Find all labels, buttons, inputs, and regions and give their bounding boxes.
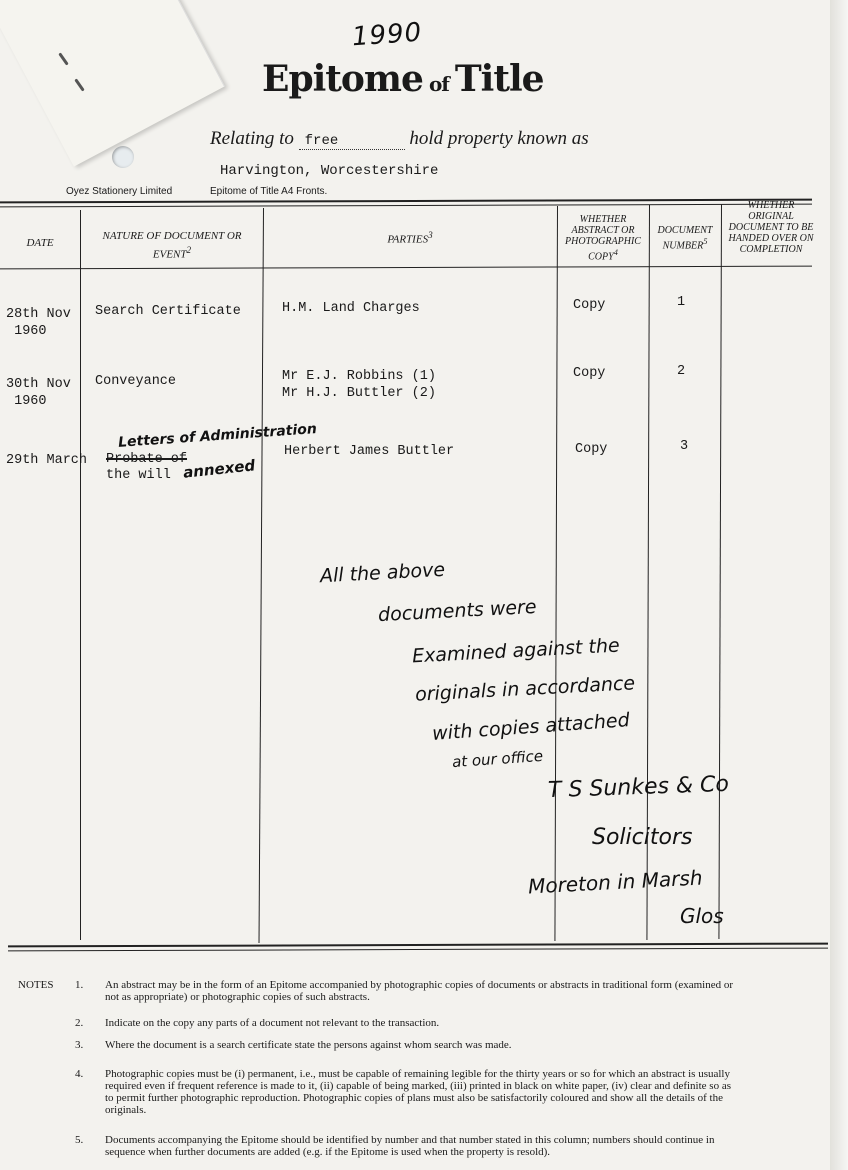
row-3-docnum: 3 <box>680 438 688 455</box>
notes-label: NOTES <box>18 979 53 991</box>
title-word: Title <box>455 58 544 100</box>
note-text: Documents accompanying the Epitome shoul… <box>105 1134 735 1158</box>
handwritten-signature-role: Solicitors <box>592 825 692 850</box>
row-3-date: 29th March <box>6 452 87 469</box>
row-1-abstract: Copy <box>573 297 605 314</box>
row-3-abstract: Copy <box>575 441 607 458</box>
footnote-ref: 4 <box>614 248 618 257</box>
note-number: 1. <box>75 979 83 991</box>
row-2-docnum: 2 <box>677 363 685 380</box>
form-reference: Epitome of Title A4 Fronts. <box>210 186 327 197</box>
notes-section: NOTES 1. An abstract may be in the form … <box>0 970 848 1170</box>
header-abstract: WHETHER ABSTRACT OR PHOTOGRAPHIC COPY4 <box>562 214 644 262</box>
note-number: 3. <box>75 1039 83 1051</box>
title-word: Epitome <box>262 58 423 100</box>
header-docnum: DOCUMENT NUMBER5 <box>652 225 718 251</box>
footnote-ref: 3 <box>428 230 433 240</box>
row-2-parties: Mr E.J. Robbins (1) Mr H.J. Buttler (2) <box>282 368 436 402</box>
note-text: Photographic copies must be (i) permanen… <box>105 1068 735 1116</box>
header-date: DATE <box>10 236 70 250</box>
note-number: 2. <box>75 1017 83 1029</box>
row-1-docnum: 1 <box>677 294 685 311</box>
handwritten-year: 1990 <box>351 18 423 53</box>
title-of: of <box>429 72 449 96</box>
relating-prefix: Relating to <box>210 128 294 149</box>
handwritten-signature-extra: Glos <box>680 904 724 928</box>
row-1-parties: H.M. Land Charges <box>282 300 420 317</box>
tenure-field: free <box>299 133 405 150</box>
footnote-ref: 2 <box>187 245 192 255</box>
header-text: NATURE OF DOCUMENT OR EVENT <box>102 230 241 261</box>
note-text: An abstract may be in the form of an Epi… <box>105 979 735 1003</box>
row-2-abstract: Copy <box>573 365 605 382</box>
footnote-ref: 5 <box>703 237 707 246</box>
row-3-nature-struck: Probate of <box>106 451 187 468</box>
note-number: 4. <box>75 1068 83 1080</box>
printer-name: Oyez Stationery Limited <box>66 186 172 197</box>
row-2-date: 30th Nov 1960 <box>6 376 71 410</box>
note-text: Where the document is a search certifica… <box>105 1039 735 1051</box>
header-text: WHETHER ABSTRACT OR PHOTOGRAPHIC COPY <box>565 214 641 262</box>
note-text: Indicate on the copy any parts of a docu… <box>105 1017 735 1029</box>
punch-hole <box>112 146 134 168</box>
row-3-nature-line2: the will <box>106 467 171 484</box>
relating-suffix: hold property known as <box>409 128 588 149</box>
header-original: WHETHER ORIGINAL DOCUMENT TO BE HANDED O… <box>728 200 814 255</box>
relating-line: Relating to free hold property known as <box>210 128 589 150</box>
header-nature: NATURE OF DOCUMENT OR EVENT2 <box>92 229 252 262</box>
form-title: EpitomeofTitle <box>262 58 544 100</box>
property-name: Harvington, Worcestershire <box>220 163 438 179</box>
row-1-date: 28th Nov 1960 <box>6 306 71 340</box>
header-text: PARTIES <box>387 234 428 246</box>
row-3-parties: Herbert James Buttler <box>284 443 454 460</box>
note-number: 5. <box>75 1134 83 1146</box>
column-divider <box>80 210 81 940</box>
row-1-nature: Search Certificate <box>95 303 241 320</box>
row-2-nature: Conveyance <box>95 373 176 390</box>
header-parties: PARTIES3 <box>300 228 520 247</box>
